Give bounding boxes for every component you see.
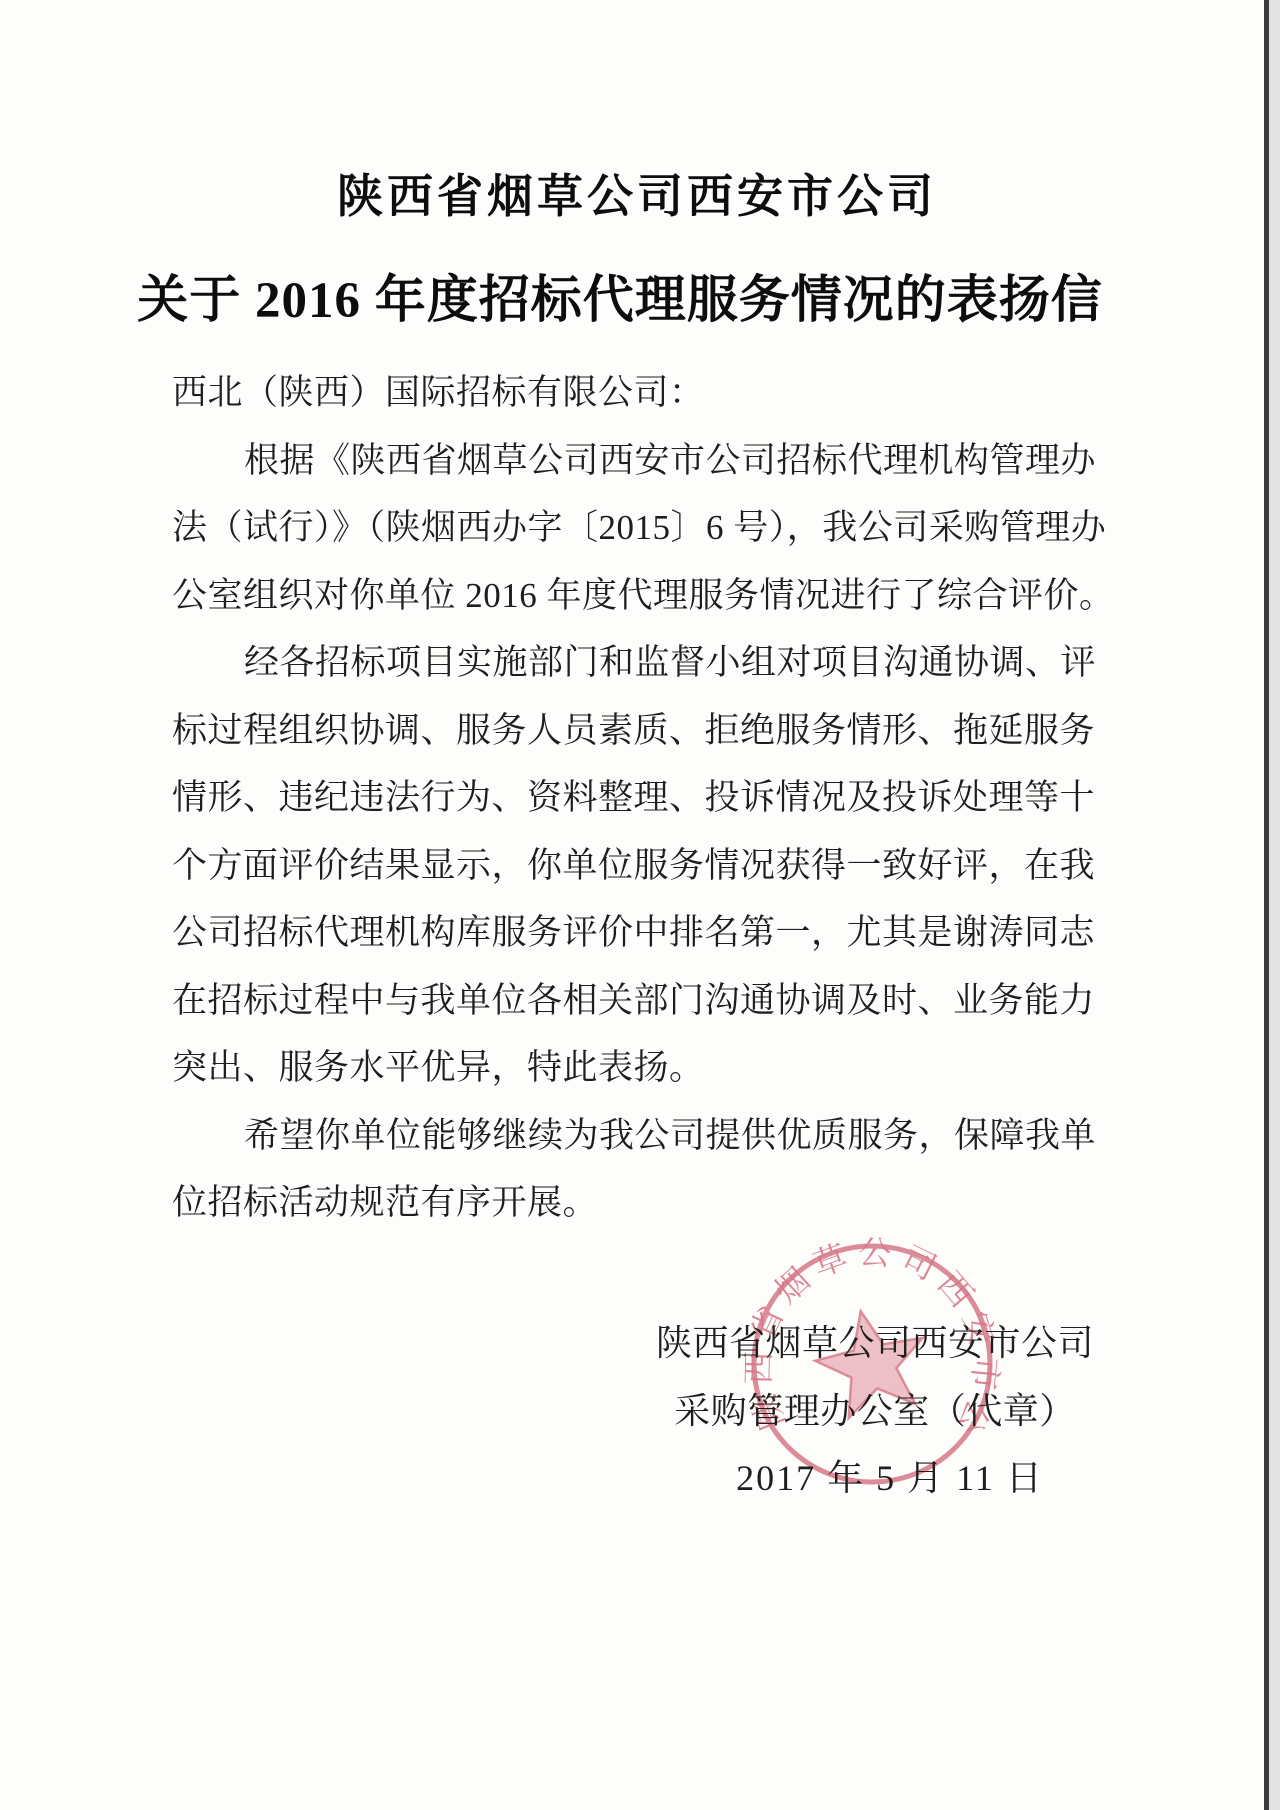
letter-title-subject: 关于 2016 年度招标代理服务情况的表扬信 [0, 258, 1240, 332]
body-line: 位招标活动规范有序开展。 [172, 1175, 598, 1225]
letter-title-company: 陕西省烟草公司西安市公司 [0, 160, 1274, 226]
body-line: 个方面评价结果显示，你单位服务情况获得一致好评，在我 [172, 838, 1095, 888]
body-line: 在招标过程中与我单位各相关部门沟通协调及时、业务能力 [172, 973, 1095, 1023]
body-line: 希望你单位能够继续为我公司提供优质服务，保障我单 [244, 1108, 1096, 1158]
body-line: 公室组织对你单位 2016 年度代理服务情况进行了综合评价。 [172, 568, 1115, 618]
body-line: 标过程组织协调、服务人员素质、拒绝服务情形、拖延服务 [172, 703, 1095, 753]
salutation-line: 西北（陕西）国际招标有限公司： [172, 365, 705, 415]
body-line: 突出、服务水平优异，特此表扬。 [172, 1040, 705, 1090]
scanned-letter-page: 陕西省烟草公司西安市公司 关于 2016 年度招标代理服务情况的表扬信 西北（陕… [0, 0, 1280, 1810]
body-line: 情形、违纪违法行为、资料整理、投诉情况及投诉处理等十 [172, 770, 1095, 820]
signature-office: 采购管理办公室（代章） [655, 1383, 1095, 1434]
body-line: 根据《陕西省烟草公司西安市公司招标代理机构管理办 [244, 433, 1096, 483]
body-line: 经各招标项目实施部门和监督小组对项目沟通协调、评 [244, 635, 1096, 685]
signature-date: 2017 年 5 月 11 日 [680, 1450, 1100, 1501]
body-line: 法（试行）》（陕烟西办字〔2015〕6 号），我公司采购管理办 [172, 500, 1106, 550]
signature-org: 陕西省烟草公司西安市公司 [655, 1315, 1095, 1366]
body-line: 公司招标代理机构库服务评价中排名第一，尤其是谢涛同志 [172, 905, 1095, 955]
scan-edge-margin [1269, 0, 1280, 1810]
